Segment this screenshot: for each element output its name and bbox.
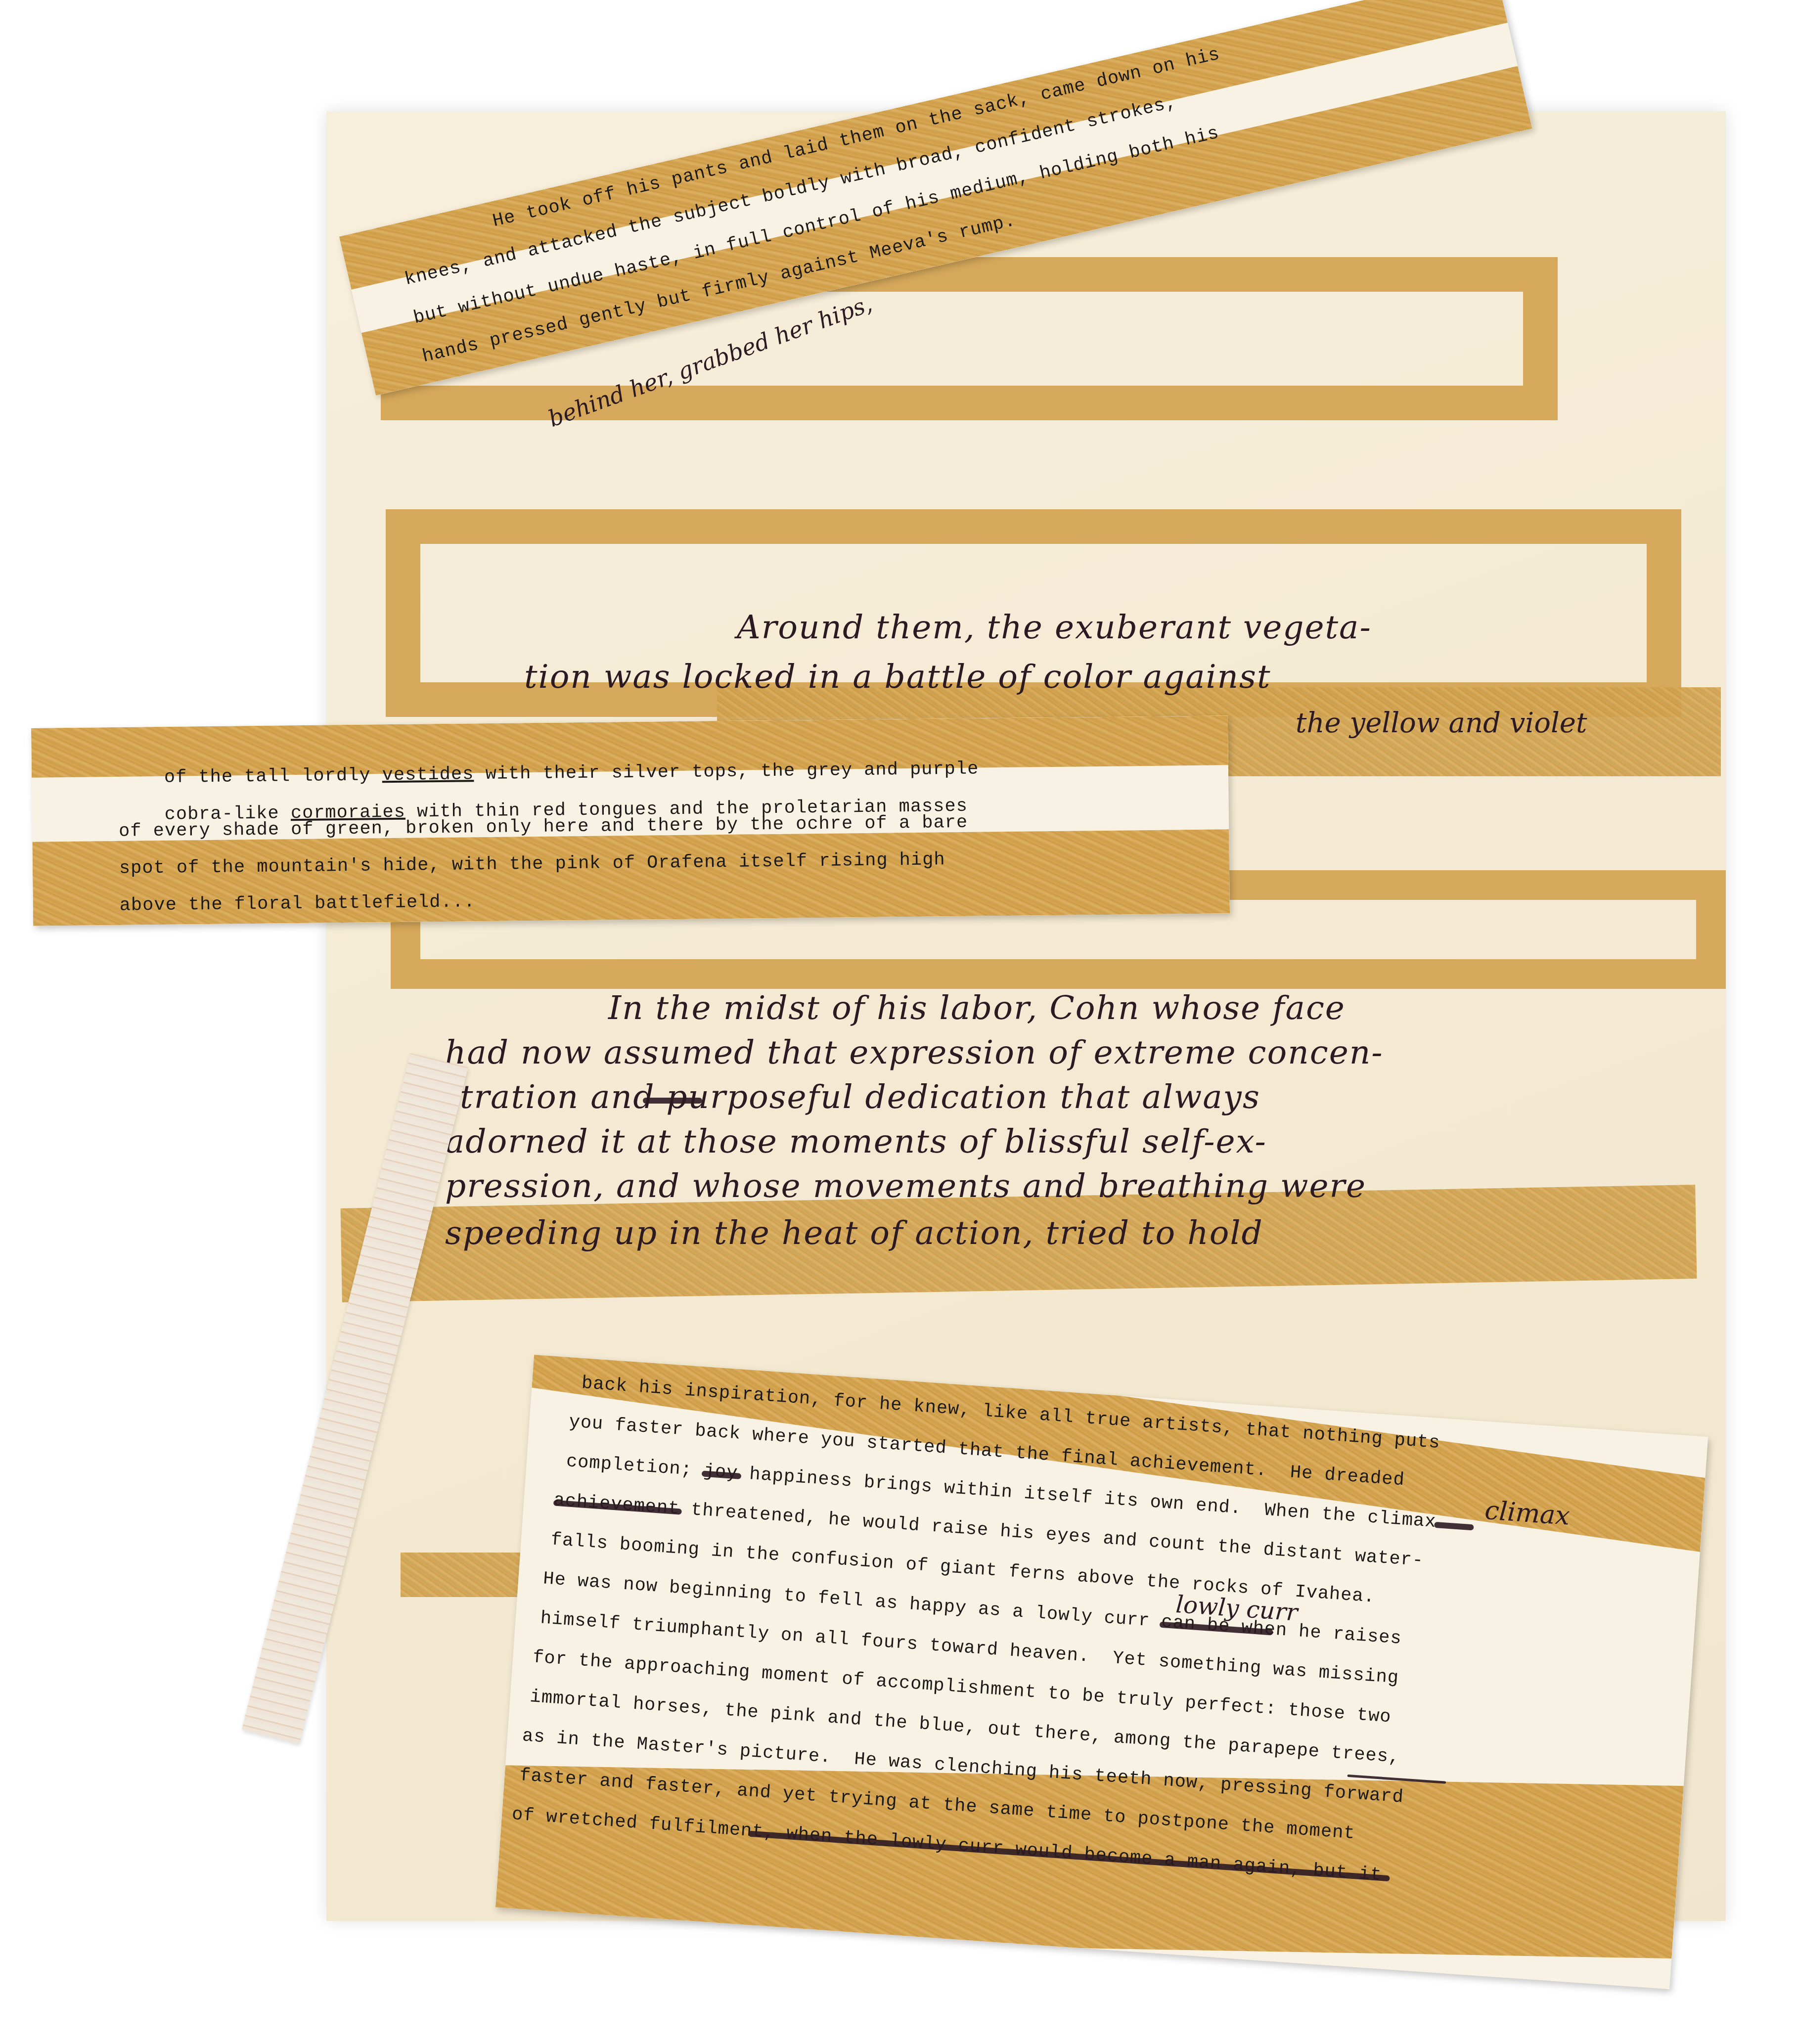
handwritten-line: In the midst of his labor, Cohn whose fa… — [608, 989, 1346, 1027]
typed-slip-middle: of the tall lordly vestides with their s… — [31, 715, 1230, 926]
handwritten-line: tration and purposeful dedication that a… — [460, 1078, 1260, 1116]
handwritten-margin-note: the yellow and violet — [1296, 707, 1587, 739]
handwritten-line: pression, and whose movements and breath… — [445, 1167, 1366, 1205]
handwritten-line: tion was locked in a battle of color aga… — [524, 658, 1271, 696]
strikethrough-mark — [643, 1098, 702, 1104]
typed-line: above the floral battlefield... — [120, 891, 476, 916]
handwritten-correction-climax: climax — [1484, 1496, 1571, 1531]
strikethrough-mark — [1434, 1522, 1474, 1531]
handwritten-line: adorned it at those moments of blissful … — [445, 1122, 1267, 1160]
handwritten-line: Around them, the exuberant vegeta- — [737, 608, 1372, 646]
handwritten-line: speeding up in the heat of action, tried… — [445, 1214, 1263, 1252]
typed-slip-bottom: back his inspiration, for he knew, like … — [495, 1355, 1708, 1989]
handwritten-line: had now assumed that expression of extre… — [445, 1033, 1384, 1071]
